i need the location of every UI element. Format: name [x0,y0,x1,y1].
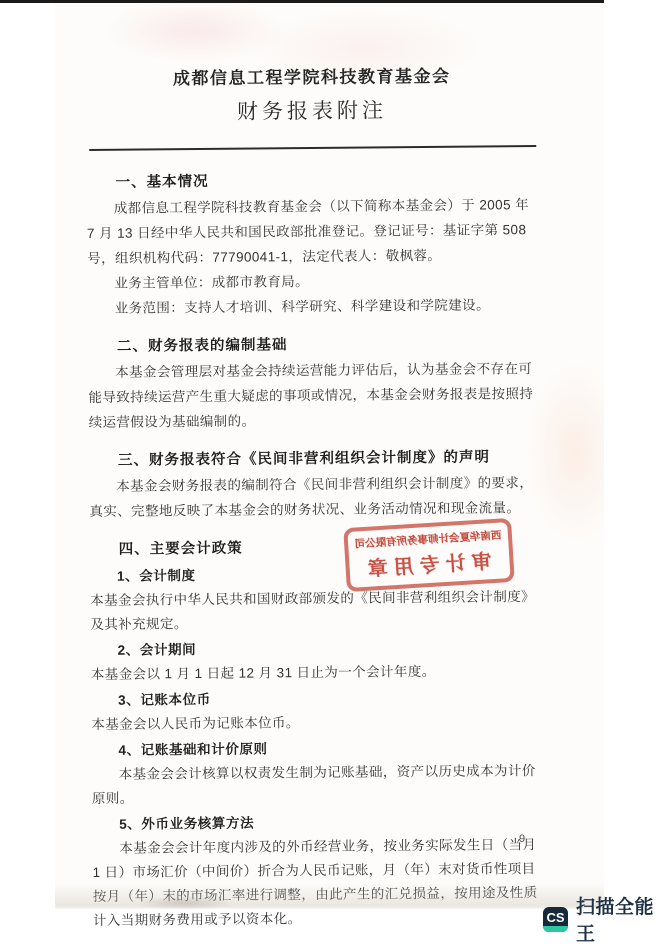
policy-item: 2、会计期间 本基金会以 1 月 1 日起 12 月 31 日止为一个会计年度。 [91,635,543,687]
paper-sheet: 成都信息工程学院科技教育基金会 财务报表附注 一、基本情况 成都信息工程学院科技… [55,3,604,909]
paper-bottom-shadow [55,883,604,909]
camscanner-label: 扫描全能王 [576,892,667,946]
policy-item: 3、记账本位币 本基金会以人民币为记账本位币。 [91,685,543,737]
document-title: 成都信息工程学院科技教育基金会 [86,65,538,91]
audit-stamp: 西南华夏会计师事务所有限公司 审计专用章 [343,518,515,592]
document-content: 成都信息工程学院科技教育基金会 财务报表附注 一、基本情况 成都信息工程学院科技… [85,1,545,933]
paragraph: 业务范围：支持人才培训、科学研究、科学建设和学院建设。 [88,292,540,321]
stamp-seal-text: 审计专用章 [361,545,499,582]
section-accounting-policies: 四、主要会计政策 1、会计制度 本基金会执行中华人民共和国财政部颁发的《民间非营… [90,534,545,933]
camscanner-logo-icon: CS [543,907,568,932]
scanned-document-page: 成都信息工程学院科技教育基金会 财务报表附注 一、基本情况 成都信息工程学院科技… [0,0,667,946]
policy-text: 本基金会以人民币为记账本位币。 [91,709,543,737]
audit-stamp-border: 西南华夏会计师事务所有限公司 审计专用章 [343,518,515,592]
policy-item: 4、记账基础和计价原则 本基金会会计核算以权责发生制为记账基础，资产以历史成本为… [91,735,544,811]
policy-item: 5、外币业务核算方法 本基金会会计年度内涉及的外币经营业务，按业务实际发生日（当… [92,809,545,933]
paragraph: 本基金会管理层对基金会持续运营能力评估后，认为基金会不存在可能导致持续运营产生重… [88,356,541,435]
title-divider [89,145,536,151]
policy-text: 本基金会会计核算以权责发生制为记账基础，资产以历史成本为计价原则。 [92,759,544,811]
section-basic-info: 一、基本情况 成都信息工程学院科技教育基金会（以下简称本基金会）于 2005 年… [86,167,539,321]
policy-text: 本基金会以 1 月 1 日起 12 月 31 日止为一个会计年度。 [91,659,543,687]
section-compliance-statement: 三、财务报表符合《民间非营利组织会计制度》的声明 本基金会财务报表的编制符合《民… [89,445,542,524]
policy-text: 本基金会执行中华人民共和国财政部颁发的《民间非营利组织会计制度》及其补充规定。 [90,585,542,637]
camscanner-watermark: CS 扫描全能王 [543,905,667,933]
camscanner-logo-text: CS [546,910,564,925]
paragraph: 成都信息工程学院科技教育基金会（以下简称本基金会）于 2005 年 7 月 13… [87,192,540,271]
paragraph: 本基金会财务报表的编制符合《民间非营利组织会计制度》的要求，真实、完整地反映了本… [89,470,541,524]
document-subtitle: 财务报表附注 [86,97,538,127]
page-number: 9 [519,833,525,845]
camscanner-logo-teal-swoosh [543,926,568,932]
section-preparation-basis: 二、财务报表的编制基础 本基金会管理层对基金会持续运营能力评估后，认为基金会不存… [88,331,541,435]
